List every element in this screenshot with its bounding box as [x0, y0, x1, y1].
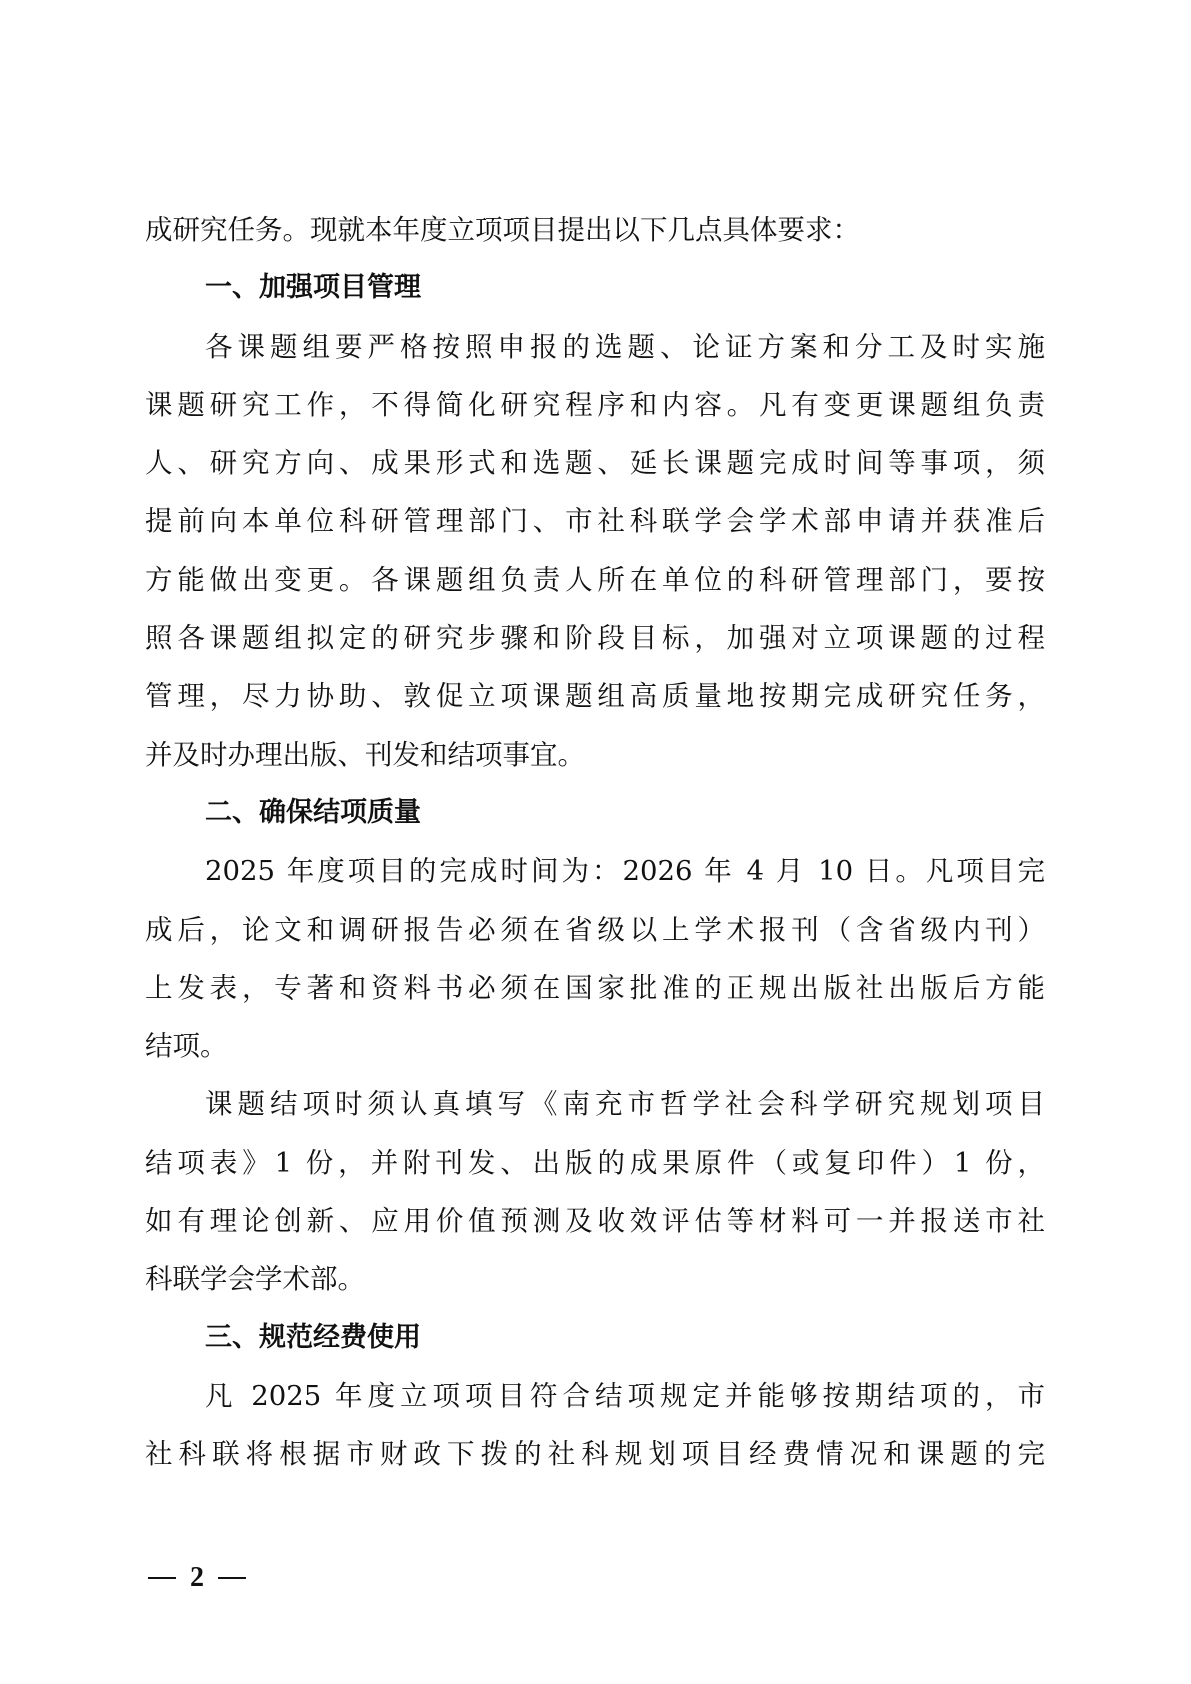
section-heading-3: 三、规范经费使用 [145, 1309, 1045, 1367]
paragraph-line: 上发表，专著和资料书必须在国家批准的正规出版社出版后方能 [145, 959, 1045, 1017]
paragraph-line: 管理，尽力协助、敦促立项课题组高质量地按期完成研究任务， [145, 667, 1045, 725]
paragraph-line: 凡 2025 年度立项项目符合结项规定并能够按期结项的，市 [145, 1367, 1045, 1425]
paragraph-line: 社科联将根据市财政下拨的社科规划项目经费情况和课题的完 [145, 1425, 1045, 1483]
document-page: 成研究任务。现就本年度立项项目提出以下几点具体要求： 一、加强项目管理 各课题组… [0, 0, 1191, 1684]
section-heading-2: 二、确保结项质量 [145, 784, 1045, 842]
paragraph-line: 提前向本单位科研管理部门、市社科联学会学术部申请并获准后 [145, 492, 1045, 550]
section-heading-1: 一、加强项目管理 [145, 259, 1045, 317]
paragraph-line: 结项表》1 份，并附刊发、出版的成果原件（或复印件）1 份， [145, 1134, 1045, 1192]
page-number: 2 [190, 1562, 204, 1594]
paragraph-line: 照各课题组拟定的研究步骤和阶段目标，加强对立项课题的过程 [145, 609, 1045, 667]
paragraph-line: 成研究任务。现就本年度立项项目提出以下几点具体要求： [145, 201, 1045, 259]
em-dash-right [218, 1577, 246, 1579]
paragraph-line: 科联学会学术部。 [145, 1250, 1045, 1308]
paragraph-line: 如有理论创新、应用价值预测及收效评估等材料可一并报送市社 [145, 1192, 1045, 1250]
paragraph-line: 成后，论文和调研报告必须在省级以上学术报刊（含省级内刊） [145, 901, 1045, 959]
paragraph-line: 人、研究方向、成果形式和选题、延长课题完成时间等事项，须 [145, 434, 1045, 492]
page-footer: 2 [148, 1562, 246, 1594]
em-dash-left [148, 1577, 176, 1579]
document-body: 成研究任务。现就本年度立项项目提出以下几点具体要求： 一、加强项目管理 各课题组… [145, 201, 1045, 1484]
paragraph-line: 课题研究工作，不得简化研究程序和内容。凡有变更课题组负责 [145, 376, 1045, 434]
paragraph-line: 方能做出变更。各课题组负责人所在单位的科研管理部门，要按 [145, 551, 1045, 609]
paragraph-line: 各课题组要严格按照申报的选题、论证方案和分工及时实施 [145, 318, 1045, 376]
paragraph-line: 课题结项时须认真填写《南充市哲学社会科学研究规划项目 [145, 1075, 1045, 1133]
paragraph-line: 结项。 [145, 1017, 1045, 1075]
paragraph-line: 2025 年度项目的完成时间为：2026 年 4 月 10 日。凡项目完 [145, 842, 1045, 900]
paragraph-line: 并及时办理出版、刊发和结项事宜。 [145, 726, 1045, 784]
